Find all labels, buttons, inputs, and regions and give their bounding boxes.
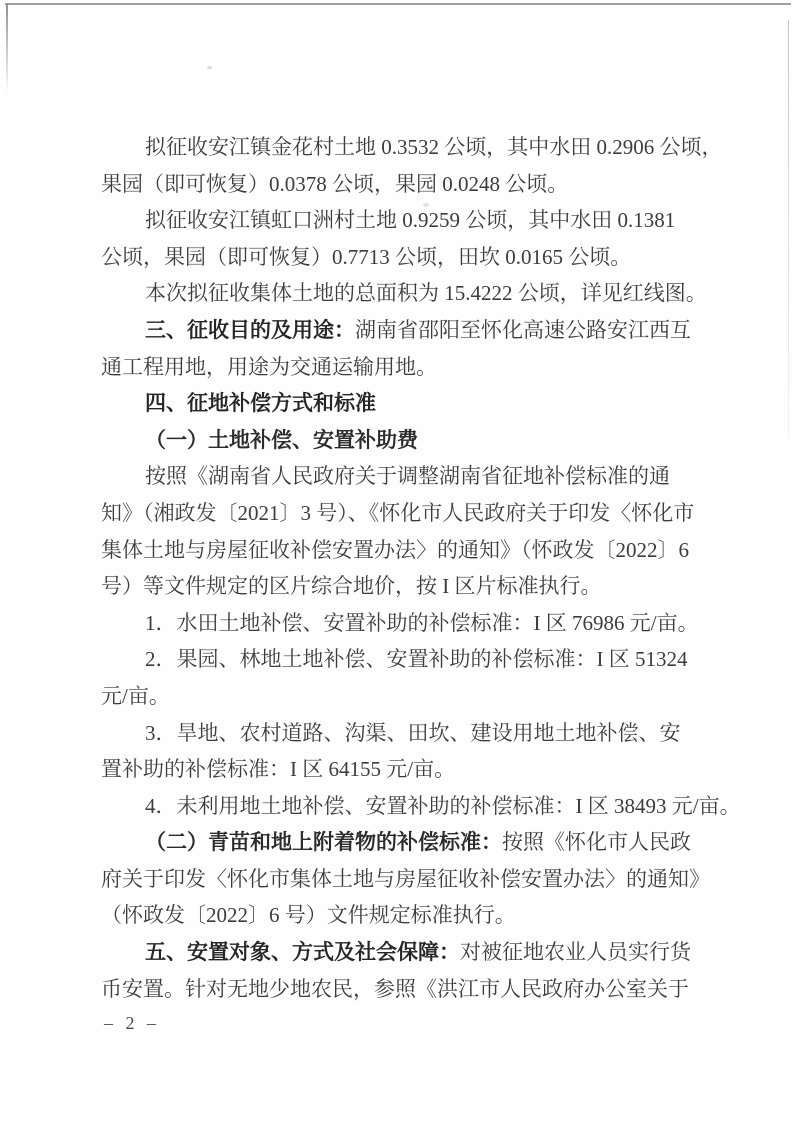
page-number: – 2 – xyxy=(104,1012,160,1034)
document-line: 4．未利用地土地补偿、安置补助的补偿标准：I 区 38493 元/亩。 xyxy=(101,788,721,825)
section-heading-label: 四、征地补偿方式和标准 xyxy=(145,392,376,415)
document-line: 置补助的补偿标准：I 区 64155 元/亩。 xyxy=(101,751,721,788)
line-text: 对被征地农业人员实行货 xyxy=(460,940,691,964)
document-line: 号）等文件规定的区片综合地价，按 I 区片标准执行。 xyxy=(101,568,721,605)
document-line: 果园（即可恢复）0.0378 公顷，果园 0.0248 公顷。 xyxy=(101,166,721,203)
scan-edge-left-line xyxy=(6,3,8,93)
document-line: 1．水田土地补偿、安置补助的补偿标准：I 区 76986 元/亩。 xyxy=(101,605,721,642)
line-text: 知》（湘政发〔2021〕3 号）、《怀化市人民政府关于印发〈怀化市 xyxy=(101,501,694,525)
document-line: 3．旱地、农村道路、沟渠、田坎、建设用地土地补偿、安 xyxy=(101,715,721,752)
document-line: 拟征收安江镇虹口洲村土地 0.9259 公顷，其中水田 0.1381 xyxy=(101,202,721,239)
line-text: 公顷，果园（即可恢复）0.7713 公顷，田坎 0.0165 公顷。 xyxy=(101,245,631,269)
line-text: 拟征收安江镇金花村土地 0.3532 公顷，其中水田 0.2906 公顷， xyxy=(145,135,723,159)
document-line: （怀政发〔2022〕6 号）文件规定标准执行。 xyxy=(101,897,721,934)
document-line: 府关于印发〈怀化市集体土地与房屋征收补偿安置办法〉的通知》 xyxy=(101,861,721,898)
section-heading-label: 五、安置对象、方式及社会保障： xyxy=(145,941,460,964)
document-page: 拟征收安江镇金花村土地 0.3532 公顷，其中水田 0.2906 公顷， 果园… xyxy=(0,0,793,1122)
subsection-heading-label: （二）青苗和地上附着物的补偿标准： xyxy=(145,830,502,854)
document-line: 通工程用地，用途为交通运输用地。 xyxy=(101,349,721,386)
line-text: 本次拟征收集体土地的总面积为 15.4222 公顷，详见红线图。 xyxy=(145,281,707,305)
document-line: 按照《湖南省人民政府关于调整湖南省征地补偿标准的通 xyxy=(101,458,721,495)
line-text: 通工程用地，用途为交通运输用地。 xyxy=(101,355,437,379)
document-line: 知》（湘政发〔2021〕3 号）、《怀化市人民政府关于印发〈怀化市 xyxy=(101,495,721,532)
document-line: 元/亩。 xyxy=(101,678,721,715)
line-text: 币安置。针对无地少地农民，参照《洪江市人民政府办公室关于 xyxy=(101,977,689,1001)
line-text: 3．旱地、农村道路、沟渠、田坎、建设用地土地补偿、安 xyxy=(145,721,681,745)
document-line: 本次拟征收集体土地的总面积为 15.4222 公顷，详见红线图。 xyxy=(101,275,721,312)
line-text: 湖南省邵阳至怀化高速公路安江西互 xyxy=(355,318,691,342)
subsection-heading-label: （一）土地补偿、安置补助费 xyxy=(145,428,418,452)
line-text: 按照《湖南省人民政府关于调整湖南省征地补偿标准的通 xyxy=(145,464,670,488)
line-text: 元/亩。 xyxy=(101,684,170,708)
document-line-section-5-heading: 五、安置对象、方式及社会保障：对被征地农业人员实行货 xyxy=(101,934,721,971)
line-text: 府关于印发〈怀化市集体土地与房屋征收补偿安置办法〉的通知》 xyxy=(101,867,710,891)
line-text: 1．水田土地补偿、安置补助的补偿标准：I 区 76986 元/亩。 xyxy=(145,611,699,635)
document-line: 拟征收安江镇金花村土地 0.3532 公顷，其中水田 0.2906 公顷， xyxy=(101,129,721,166)
line-text: 4．未利用地土地补偿、安置补助的补偿标准：I 区 38493 元/亩。 xyxy=(145,794,741,818)
line-text: 置补助的补偿标准：I 区 64155 元/亩。 xyxy=(101,757,455,781)
scan-edge-right-line xyxy=(788,20,789,440)
line-text: 集体土地与房屋征收补偿安置办法〉的通知》（怀政发〔2022〕6 xyxy=(101,538,689,562)
scan-edge-top-line xyxy=(5,3,791,5)
line-text: 2．果园、林地土地补偿、安置补助的补偿标准：I 区 51324 xyxy=(145,647,688,671)
section-heading-label: 三、征收目的及用途： xyxy=(145,319,355,342)
document-line-section-4-heading: 四、征地补偿方式和标准 xyxy=(101,385,721,422)
line-text: 按照《怀化市人民政 xyxy=(502,830,691,854)
line-text: 果园（即可恢复）0.0378 公顷，果园 0.0248 公顷。 xyxy=(101,172,568,196)
line-text: 拟征收安江镇虹口洲村土地 0.9259 公顷，其中水田 0.1381 xyxy=(145,208,675,232)
document-line-subsection-1-heading: （一）土地补偿、安置补助费 xyxy=(101,422,721,459)
line-text: 号）等文件规定的区片综合地价，按 I 区片标准执行。 xyxy=(101,574,602,598)
document-body: 拟征收安江镇金花村土地 0.3532 公顷，其中水田 0.2906 公顷， 果园… xyxy=(101,129,721,1007)
scan-speck xyxy=(207,66,212,69)
document-line-section-3-heading: 三、征收目的及用途：湖南省邵阳至怀化高速公路安江西互 xyxy=(101,312,721,349)
line-text: （怀政发〔2022〕6 号）文件规定标准执行。 xyxy=(101,903,516,927)
document-line: 公顷，果园（即可恢复）0.7713 公顷，田坎 0.0165 公顷。 xyxy=(101,239,721,276)
document-line: 集体土地与房屋征收补偿安置办法〉的通知》（怀政发〔2022〕6 xyxy=(101,532,721,569)
document-line: 币安置。针对无地少地农民，参照《洪江市人民政府办公室关于 xyxy=(101,971,721,1008)
document-line-subsection-2-heading: （二）青苗和地上附着物的补偿标准：按照《怀化市人民政 xyxy=(101,824,721,861)
document-line: 2．果园、林地土地补偿、安置补助的补偿标准：I 区 51324 xyxy=(101,641,721,678)
